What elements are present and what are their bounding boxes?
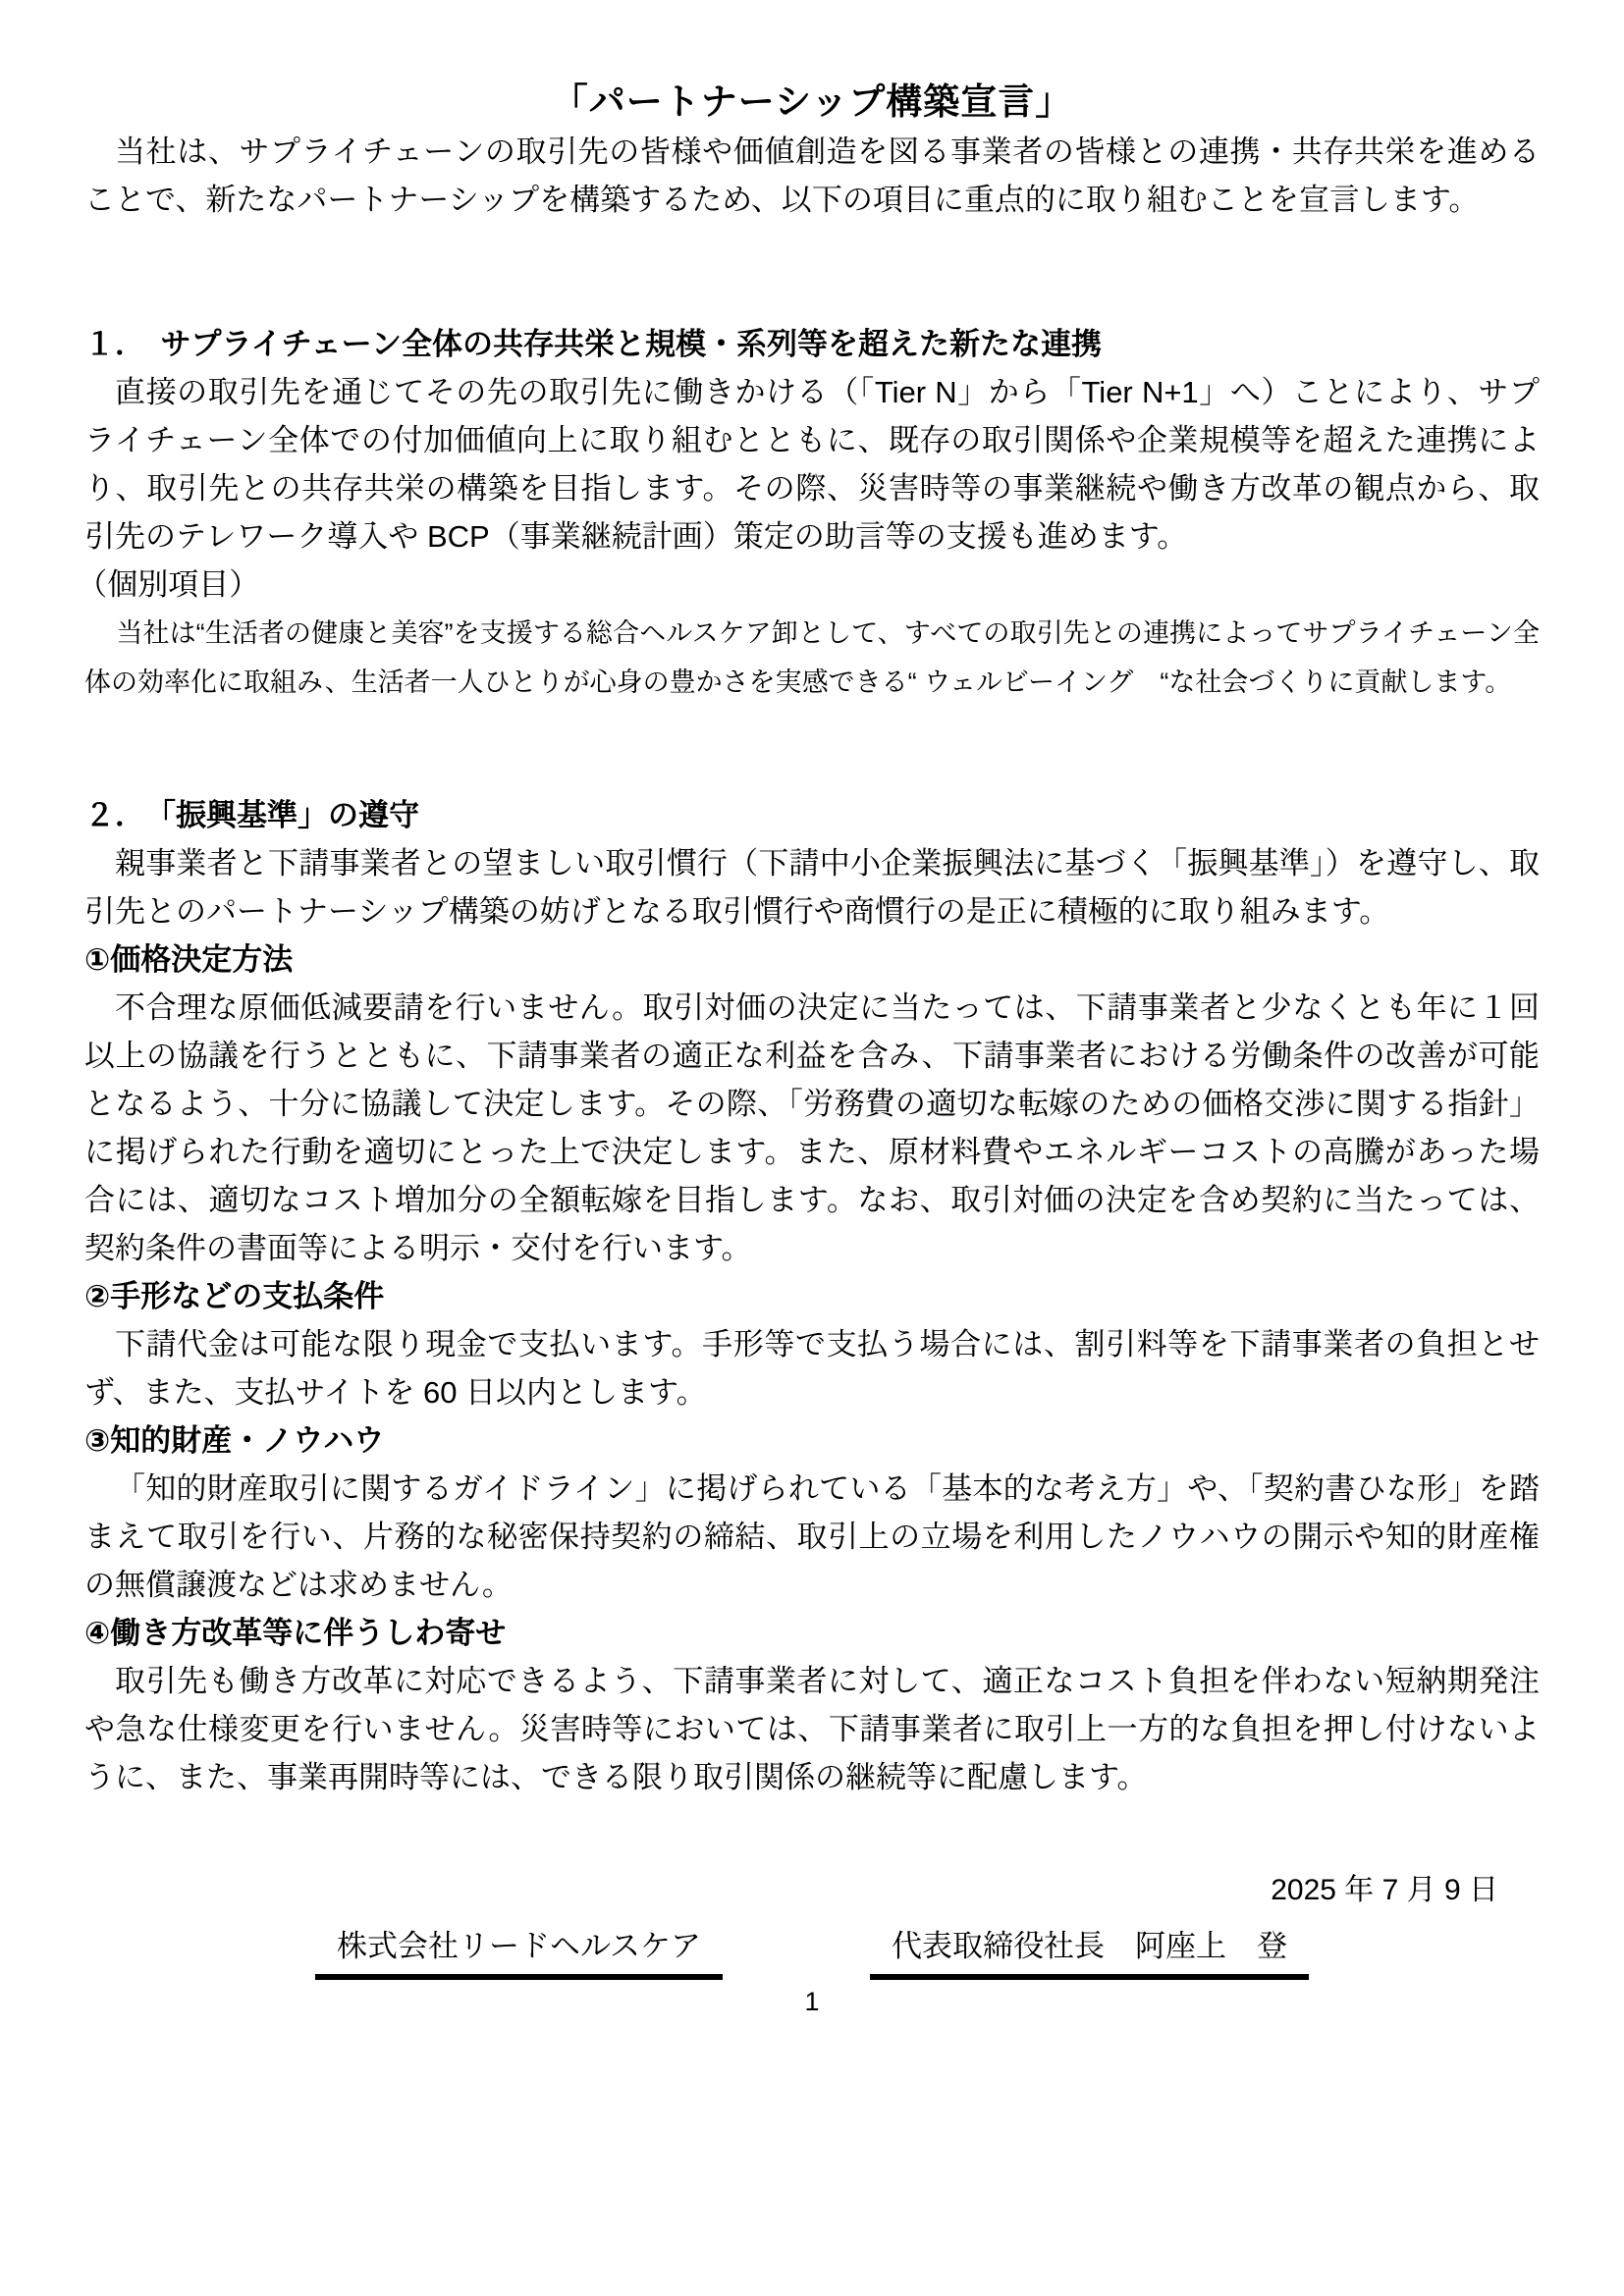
item1-body: 不合理な原価低減要請を行いません。取引対価の決定に当たっては、下請事業者と少なく… [84, 984, 1540, 1272]
item4-body: 取引先も働き方改革に対応できるよう、下請事業者に対して、適正なコスト負担を伴わな… [84, 1657, 1540, 1801]
signature-representative: 代表取締役社長 阿座上 登 [870, 1922, 1309, 1980]
item4-heading: ④働き方改革等に伴うしわ寄せ [84, 1609, 1540, 1657]
section1-heading: １． サプライチェーン全体の共存共栄と規模・系列等を超えた新たな連携 [84, 320, 1540, 368]
item2-heading: ②手形などの支払条件 [84, 1272, 1540, 1320]
signature-company: 株式会社リードヘルスケア [315, 1922, 723, 1980]
item1-heading: ①価格決定方法 [84, 935, 1540, 984]
section2-heading: ２． 「振興基準」の遵守 [84, 791, 1540, 839]
item2-body: 下請代金は可能な限り現金で支払います。手形等で支払う場合には、割引料等を下請事業… [84, 1320, 1540, 1416]
page-number: 1 [84, 1982, 1540, 2021]
document-page: 「パートナーシップ構築宣言」 当社は、サプライチェーンの取引先の皆様や価値創造を… [0, 0, 1624, 2296]
section1-body: 直接の取引先を通じてその先の取引先に働きかける（「Tier N」から「Tier … [84, 368, 1540, 561]
intro-paragraph: 当社は、サプライチェーンの取引先の皆様や価値創造を図る事業者の皆様との連携・共存… [84, 128, 1540, 224]
individual-items-label: （個別項目） [84, 561, 1540, 609]
individual-items-body: 当社は“生活者の健康と美容”を支援する総合ヘルスケア卸として、すべての取引先との… [84, 609, 1540, 707]
item3-body: 「知的財産取引に関するガイドライン」に掲げられている「基本的な考え方」や、「契約… [84, 1465, 1540, 1609]
section2-body: 親事業者と下請事業者との望ましい取引慣行（下請中小企業振興法に基づく「振興基準」… [84, 839, 1540, 935]
document-title: 「パートナーシップ構築宣言」 [84, 77, 1540, 128]
item3-heading: ③知的財産・ノウハウ [84, 1416, 1540, 1465]
signature-row: 株式会社リードヘルスケア 代表取締役社長 阿座上 登 [84, 1922, 1540, 1980]
document-date: 2025 年 7 月 9 日 [84, 1866, 1540, 1914]
